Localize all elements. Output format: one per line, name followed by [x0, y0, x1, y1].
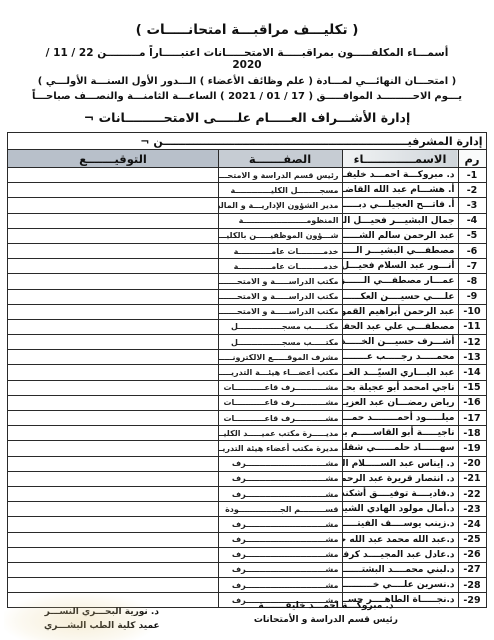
table-row: -2أ. هشـــام عبد الله القاضـــــــيمسجــ… [8, 183, 486, 198]
signature-cell [8, 183, 218, 198]
table-row: -7أنـــور عبد السلام فحيـــل البـــومخدم… [8, 259, 486, 274]
num-cell: -14 [458, 365, 486, 380]
table-header-row: رم الاسمـــــــــــــاء الصفـــــــة الت… [8, 150, 486, 168]
role-cell: مشـــــــــــــــــــــــــــــرف [218, 517, 342, 532]
table-row: -3أ. فاتـــح العجيلـــي دبـــــــوبمدير … [8, 198, 486, 213]
role-cell: مكتب الدراســـــة و الامتحـــــــانات [218, 274, 342, 289]
signature-cell [8, 502, 218, 517]
role-cell: مشـــــــــــــــــــــــــــــرف [218, 486, 342, 501]
table-row: -9علــــي حسيــــن العكـــــــشمكتب الدر… [8, 289, 486, 304]
assignees-line: أسمـــاء المكلفـــــون بمراقبـــــة الام… [0, 47, 494, 71]
num-cell: -29 [458, 593, 486, 608]
table-row: -14عبد البـــاري السيّـــد الغـــــــولم… [8, 365, 486, 380]
table-row: -8عمـــار مصطفـــي الــــــزاويمكتب الدر… [8, 274, 486, 289]
role-cell: مشـــــــــــــــــــــــــــــرف [218, 562, 342, 577]
num-cell: -19 [458, 441, 486, 456]
supervisors-management-row: إدارة المشرفيـــــــــــــــــــــــــــ… [8, 133, 486, 150]
supervisors-management-text: إدارة المشرفيـــــــــــــــــــــــــــ… [153, 135, 482, 148]
name-cell: ناجي امحمد أبو عجيلة بحـــــرون [342, 380, 458, 395]
signature-cell [8, 578, 218, 593]
name-cell: د. انتصار قريرة عبد الرحمــــــــن [342, 471, 458, 486]
role-cell: مديـــــرة مكتب عميـــــد الكليـــــــة [218, 426, 342, 441]
role-cell: شـــؤون الموظفيـــــن بالكليـــــــة [218, 228, 342, 243]
role-cell: مشرف الموقـــــع الالكترونـــــــــي [218, 350, 342, 365]
name-cell: سهــــــاد حلمــــــي شقليـــــــة [342, 441, 458, 456]
column-header-role: الصفـــــــة [218, 150, 342, 168]
num-cell: -13 [458, 350, 486, 365]
name-cell: أ. هشـــام عبد الله القاضـــــــي [342, 183, 458, 198]
signatory-name: د. مبروكـــة احمـــد خليفـــــــة [254, 600, 398, 614]
table-row: -4جمال البشيـــر فحيـــل البـــــومالمنظ… [8, 213, 486, 228]
name-cell: عمـــار مصطفـــي الــــــزاوي [342, 274, 458, 289]
table-row: -10عبد الرحمن أبراهيم القموديمكتب الدراس… [8, 304, 486, 319]
num-cell: -27 [458, 562, 486, 577]
num-cell: -4 [458, 213, 486, 228]
signature-cell [8, 380, 218, 395]
table-row: -22د.فاديــــة توفيــــق أشكندالــــــيم… [8, 486, 486, 501]
num-cell: -5 [458, 228, 486, 243]
num-cell: -22 [458, 486, 486, 501]
num-cell: -10 [458, 304, 486, 319]
num-cell: -26 [458, 547, 486, 562]
signature-cell [8, 350, 218, 365]
name-cell: ميلـــــود أحمــــــــد حمـــــــودة [342, 411, 458, 426]
signature-block-dean: د. نورية البحـــري النســـر عميد كلية ال… [44, 606, 160, 634]
table-body: إدارة المشرفيـــــــــــــــــــــــــــ… [8, 133, 486, 608]
table-row: -5عبد الرحمن سالم الشـــــــــاوششـــؤون… [8, 228, 486, 243]
num-cell: -8 [458, 274, 486, 289]
signature-cell [8, 517, 218, 532]
column-header-names: الاسمـــــــــــــاء [342, 150, 458, 168]
table-row: -21د. انتصار قريرة عبد الرحمــــــــنمشـ… [8, 471, 486, 486]
name-cell: د. مبروكـــة احمـــد خليفـــــــة [342, 168, 458, 183]
table-row: -19سهــــــاد حلمــــــي شقليـــــــةمدي… [8, 441, 486, 456]
signature-cell [8, 456, 218, 471]
name-cell: علــــي حسيــــن العكـــــــش [342, 289, 458, 304]
role-cell: مشـــــــــــــــــــــــــــــرف [218, 547, 342, 562]
name-cell: محمـــــد رجـــــب عـــــــــون [342, 350, 458, 365]
name-cell: د.عبد الله محمد عبد الله حامــــــد [342, 532, 458, 547]
signature-cell [8, 198, 218, 213]
table-row: -18ناجيـــــة أبو القاســـــم برييــــــ… [8, 426, 486, 441]
num-cell: -16 [458, 395, 486, 410]
signature-cell [8, 335, 218, 350]
table-row: -16رياض رمضـــان عبد العزيــــــــزمشـــ… [8, 395, 486, 410]
num-cell: -18 [458, 426, 486, 441]
exam-subject-line: ( امتحـــان النهائـــي لمـــادة ( علم وظ… [0, 76, 494, 87]
role-cell: قســـــــــم الجـــــــــــــــودة [218, 502, 342, 517]
signature-cell [8, 365, 218, 380]
name-cell: د.أمال مولود الهادي الشيبانــــــي [342, 502, 458, 517]
supervision-department-line: إدارة الأشـــراف العـــــام علـــــى الا… [0, 110, 494, 125]
table-row: -1د. مبروكـــة احمـــد خليفـــــــةرئيس … [8, 168, 486, 183]
table-row: -24د.زينب يوســــف الفيتـــــــــوريمشــ… [8, 517, 486, 532]
num-cell: -12 [458, 335, 486, 350]
num-cell: -3 [458, 198, 486, 213]
table-row: -12أشـــرف حسيـــن الخـــــذراويمكتـــــ… [8, 335, 486, 350]
name-cell: أشـــرف حسيـــن الخـــــذراوي [342, 335, 458, 350]
role-cell: مشـــــــــــــــــــــــــــــرف [218, 532, 342, 547]
role-cell: رئيس قسم الدراسة و الامتحــــــانات [218, 168, 342, 183]
num-cell: -25 [458, 532, 486, 547]
signatory-name: د. نورية البحـــري النســـر [44, 606, 160, 620]
supervision-department-text: إدارة الأشـــراف العـــــام علـــــى الا… [99, 110, 411, 125]
document-page: ( تكليـــف مراقبـــة امتحانـــــات ) أسم… [0, 0, 494, 640]
role-cell: مشـــــــــــرف قاعـــــــــــات [218, 380, 342, 395]
name-cell: أنـــور عبد السلام فحيـــل البـــوم [342, 259, 458, 274]
signature-cell [8, 486, 218, 501]
table-row: -28د.نسرين علــــي خـــــــــــلاطمشــــ… [8, 578, 486, 593]
role-cell: مدير الشؤون الإداريـــة و الماليـــــة [218, 198, 342, 213]
num-cell: -17 [458, 411, 486, 426]
signature-cell [8, 562, 218, 577]
name-cell: د. إيناس عبد الســـــلام الرميــــــح [342, 456, 458, 471]
signature-cell [8, 426, 218, 441]
supervisors-management-cell: إدارة المشرفيـــــــــــــــــــــــــــ… [8, 133, 486, 150]
num-cell: -20 [458, 456, 486, 471]
name-cell: مصطفـــي البشيـــر الـــــربيب [342, 243, 458, 258]
role-cell: مسجــــــــل الكليـــــــــــــة [218, 183, 342, 198]
role-cell: مشـــــــــــرف قاعـــــــــــات [218, 411, 342, 426]
num-cell: -6 [458, 243, 486, 258]
name-cell: عبد الرحمن أبراهيم القمودي [342, 304, 458, 319]
table-row: -13محمـــــد رجـــــب عـــــــــونمشرف ا… [8, 350, 486, 365]
num-cell: -1 [458, 168, 486, 183]
exam-date-line: يـــوم الاحـــــــــد الموافـــــق ( 17 … [0, 91, 494, 102]
num-cell: -23 [458, 502, 486, 517]
role-cell: مكتـــــب مسجــــــــــــــــل [218, 319, 342, 334]
table-row: -26د.عادل عبد المجيــــد كرفـــــــــاعم… [8, 547, 486, 562]
signatory-title: عميد كلية الطب البشـــري [44, 620, 160, 634]
signature-cell [8, 259, 218, 274]
signature-cell [8, 274, 218, 289]
signature-cell [8, 304, 218, 319]
signature-cell [8, 289, 218, 304]
name-cell: عبد البـــاري السيّـــد الغـــــــول [342, 365, 458, 380]
signature-cell [8, 243, 218, 258]
role-cell: خدمـــــــــات عامــــــــــــة [218, 259, 342, 274]
table-row: -25د.عبد الله محمد عبد الله حامــــــدمش… [8, 532, 486, 547]
signature-cell [8, 547, 218, 562]
role-cell: مشـــــــــــــــــــــــــــــرف [218, 456, 342, 471]
name-cell: د.زينب يوســــف الفيتـــــــــوري [342, 517, 458, 532]
document-title: ( تكليـــف مراقبـــة امتحانـــــات ) [0, 22, 494, 38]
num-cell: -9 [458, 289, 486, 304]
num-cell: -2 [458, 183, 486, 198]
num-cell: -11 [458, 319, 486, 334]
name-cell: د.فاديــــة توفيــــق أشكندالــــــي [342, 486, 458, 501]
signature-block-head-of-exams: د. مبروكـــة احمـــد خليفـــــــة رئيس ق… [254, 600, 398, 628]
name-cell: د.لبني محمــــد البشتـــــــــــي [342, 562, 458, 577]
invigilators-table: إدارة المشرفيـــــــــــــــــــــــــــ… [7, 132, 486, 608]
signature-cell [8, 319, 218, 334]
signature-cell [8, 168, 218, 183]
ornament-mark: ¬ [140, 135, 149, 148]
name-cell: ناجيـــــة أبو القاســـــم برييـــــــش [342, 426, 458, 441]
role-cell: مكتـــــب مسجــــــــــــــــل [218, 335, 342, 350]
ornament-mark: ¬ [84, 110, 94, 125]
signature-cell [8, 441, 218, 456]
signature-cell [8, 213, 218, 228]
table-row: -17ميلـــــود أحمــــــــد حمـــــــودةم… [8, 411, 486, 426]
num-cell: -24 [458, 517, 486, 532]
table-row: -11مصطفـــي علي عبد الحفيـــــظمكتـــــب… [8, 319, 486, 334]
role-cell: مكتب الدراســـــة و الامتحـــــــانات [218, 304, 342, 319]
table-row: -6مصطفـــي البشيـــر الـــــربيبخدمـــــ… [8, 243, 486, 258]
role-cell: مديرة مكتب أعضاء هيئة التدريـــــس [218, 441, 342, 456]
name-cell: عبد الرحمن سالم الشـــــــــاوش [342, 228, 458, 243]
num-cell: -21 [458, 471, 486, 486]
name-cell: جمال البشيـــر فحيـــل البـــــوم [342, 213, 458, 228]
role-cell: مشـــــــــــــــــــــــــــــرف [218, 471, 342, 486]
table-row: -27د.لبني محمــــد البشتـــــــــــيمشــ… [8, 562, 486, 577]
role-cell: مكتب أعضـــاء هيئـــة التدريـــــــس [218, 365, 342, 380]
column-header-number: رم [458, 150, 486, 168]
num-cell: -15 [458, 380, 486, 395]
name-cell: د.نسرين علــــي خـــــــــــلاط [342, 578, 458, 593]
name-cell: مصطفـــي علي عبد الحفيـــــظ [342, 319, 458, 334]
signature-cell [8, 411, 218, 426]
name-cell: أ. فاتـــح العجيلـــي دبـــــــوب [342, 198, 458, 213]
role-cell: مشـــــــــــــــــــــــــــــرف [218, 578, 342, 593]
table-row: -23د.أمال مولود الهادي الشيبانــــــيقسـ… [8, 502, 486, 517]
role-cell: خدمـــــــــات عامــــــــــــة [218, 243, 342, 258]
num-cell: -7 [458, 259, 486, 274]
signatory-title: رئيس قسم الدراسة و الأمتحانات [254, 614, 398, 628]
num-cell: -28 [458, 578, 486, 593]
signature-cell [8, 471, 218, 486]
table-row: -20د. إيناس عبد الســـــلام الرميــــــح… [8, 456, 486, 471]
name-cell: د.عادل عبد المجيــــد كرفـــــــــاع [342, 547, 458, 562]
name-cell: رياض رمضـــان عبد العزيــــــــز [342, 395, 458, 410]
signature-cell [8, 532, 218, 547]
role-cell: مكتب الدراســـــة و الامتحـــــــانات [218, 289, 342, 304]
role-cell: المنظومـــــــــــــــــــــــة [218, 213, 342, 228]
table-row: -15ناجي امحمد أبو عجيلة بحـــــرونمشــــ… [8, 380, 486, 395]
column-header-signature: التوقيـــــــع [8, 150, 218, 168]
signature-cell [8, 395, 218, 410]
signature-cell [8, 228, 218, 243]
role-cell: مشـــــــــــرف قاعـــــــــــات [218, 395, 342, 410]
